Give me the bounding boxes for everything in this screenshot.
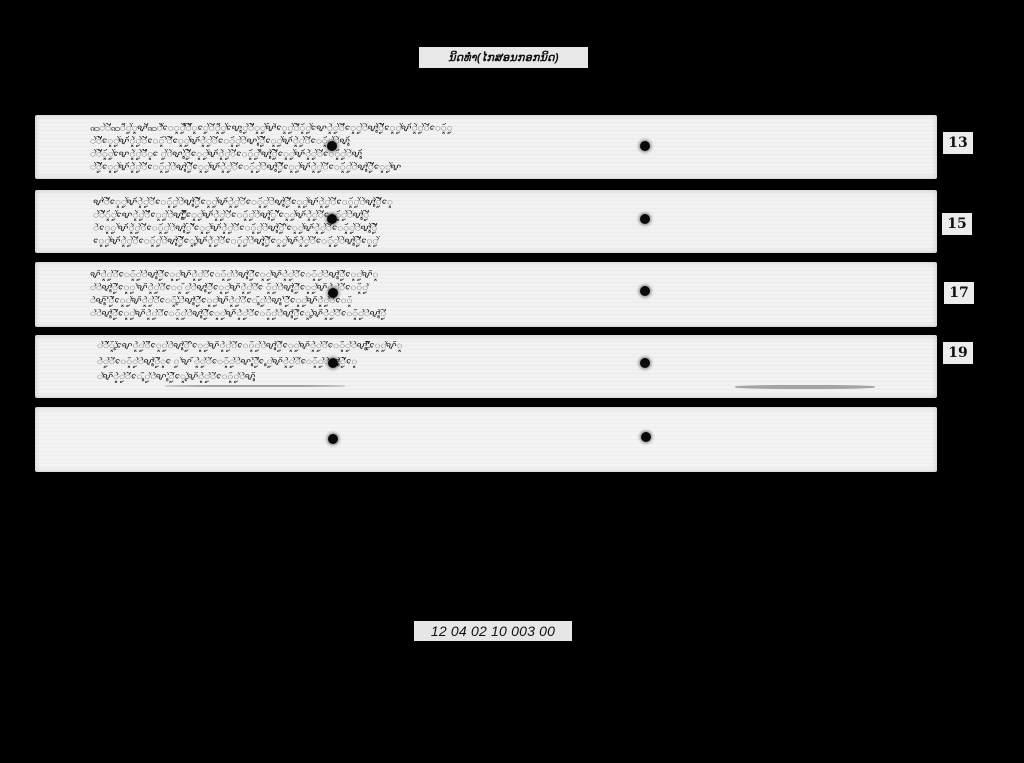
binding-hole-icon xyxy=(328,358,338,368)
page-number-label: 17 xyxy=(944,282,974,304)
manuscript-title-label: ນິດທຳ(ໄກສອນກອກນິດ) xyxy=(419,47,588,68)
text-line: ꨩꨦꨮꨶꨱꨵꨩꨪꨯ ꨶꨮꨵꨩꨱꨦ ꨶꨮꨩꨵꨪꨱꨶꨯ ꨵꨩꨦꨮꨶꨱꨵꨩꨪꨯꨶꨮꨵꨩ… xyxy=(97,372,897,383)
catalog-number-label: 12 04 02 10 003 00 xyxy=(414,621,572,641)
text-line: ꨮꨩꨵꨪꨱꨶꨯꨵꨩꨦꨮꨶꨱꨵꨩꨪꨯꨶꨮꨵꨩꨱꨦꨶꨮꨩꨵꨪꨱꨶꨯꨵꨩꨦꨮꨶꨱꨵꨩꨪ… xyxy=(90,162,900,173)
binding-hole-icon xyxy=(327,141,337,151)
leaf-stain xyxy=(165,385,345,387)
text-line: ꨩꨪꨱꨶꨮꨵꨩꨦꨯꨶꨱꨵꨩꨪꨮꨶꨯꨵꨩꨱꨦꨶꨮꨩ ꨵꨪꨱꨶꨯꨵꨩꨦꨮꨶꨱꨵꨩꨪꨯ… xyxy=(93,210,903,221)
binding-hole-icon xyxy=(328,434,338,444)
manuscript-leaf-blank xyxy=(35,407,937,472)
binding-hole-icon xyxy=(327,214,337,224)
binding-hole-icon xyxy=(640,141,650,151)
binding-hole-icon xyxy=(328,288,338,298)
manuscript-leaf: ꨦꨩꨱꨪꨶꨯꨵꨩꨦꨮꨶꨱꨵꨩꨪꨯꨶꨮꨵꨩꨱꨦꨶꨮꨩꨵꨪꨱꨶꨯꨵꨩꨦꨮꨶꨱꨵꨩꨪꨯ… xyxy=(35,190,937,253)
page-number-label: 15 xyxy=(942,213,972,235)
manuscript-leaf: ꩣꨩꨪꩣꨱꨮꨵꨩꨶꨦꨪꩣꨱꨩꨯꨶꨵꨫꨩꨱꨬꨶꨵꨯꨩꨪꨶꨱꨮꨵꨩꨦꨶꨯꨵꨩꨱꨪꨶꨵ… xyxy=(35,115,937,179)
leaf-text-block: ꨦꨮꨶꨱꨵꨩꨪꨯꨶꨮꨵꨩꨱꨦꨶꨮꨩꨵꨪꨱꨶꨯꨵꨩꨦꨮꨶꨱꨵꨩꨪꨯꨶꨮꨵꨩꨱꨦꨶꨮ… xyxy=(90,270,900,320)
text-line: ꨩꨪꨱꨶꨮꨵꨩꨦꨯꨶꨱꨵꨩꨪꨮꨶ ꨯꨵꨩꨱꨦ ꨶꨮꨩꨵꨪꨱꨶꨯꨵꨩꨦꨮꨶꨱꨵꨩꨪ… xyxy=(90,149,900,160)
leaf-text-block: ꨩꨪꨱꨶꨮ ꨵꨩꨦꨯꨶꨱꨵꨩꨪꨮꨶꨯꨵꨩꨱꨦꨶꨮꨩꨵꨪ ꨱꨶꨯꨵꨩꨦꨮꨶꨱꨵꨩꨪ… xyxy=(97,341,897,383)
leaf-text-block: ꨦꨩꨱꨪꨶꨯꨵꨩꨦꨮꨶꨱꨵꨩꨪꨯꨶꨮꨵꨩꨱꨦꨶꨮꨩꨵꨪꨱꨶꨯꨵꨩꨦꨮꨶꨱꨵꨩꨪꨯ… xyxy=(93,197,903,247)
text-line: ꩣꨩꨪꩣꨱꨮꨵꨩꨶꨦꨪꩣꨱꨩꨯꨶꨵꨫꨩꨱꨬꨶꨵꨯꨩꨪꨶꨱꨮꨵꨩꨦꨶꨯꨵꨩꨱꨪꨶꨵ… xyxy=(90,123,900,134)
manuscript-leaf: ꨩꨪꨱꨶꨮ ꨵꨩꨦꨯꨶꨱꨵꨩꨪꨮꨶꨯꨵꨩꨱꨦꨶꨮꨩꨵꨪ ꨱꨶꨯꨵꨩꨦꨮꨶꨱꨵꨩꨪ… xyxy=(35,335,937,398)
text-line: ꨶꨯꨵꨩꨦꨮꨶꨱꨵꨩꨪꨯꨶꨮꨵꨩꨱꨦꨶꨮꨩꨵꨪꨱꨶꨯ ꨵꨩꨦꨮꨶꨱꨵꨩꨪꨯꨶꨮꨵ… xyxy=(93,236,903,247)
binding-hole-icon xyxy=(640,358,650,368)
leaf-stain xyxy=(735,385,875,389)
binding-hole-icon xyxy=(641,432,651,442)
binding-hole-icon xyxy=(640,286,650,296)
leaf-text-block: ꩣꨩꨪꩣꨱꨮꨵꨩꨶꨦꨪꩣꨱꨩꨯꨶꨵꨫꨩꨱꨬꨶꨵꨯꨩꨪꨶꨱꨮꨵꨩꨦꨶꨯꨵꨩꨱꨪꨶꨵ… xyxy=(90,123,900,173)
binding-hole-icon xyxy=(640,214,650,224)
text-line: ꨦꨮꨶꨱꨵꨩꨪꨯꨶꨮꨵꨩꨱꨦꨶꨮꨩꨵꨪꨱꨶꨯꨵꨩꨦꨮꨶꨱꨵꨩꨪꨯꨶꨮꨵꨩꨱꨦꨶꨮ… xyxy=(90,270,900,281)
text-line: ꨱꨶꨯꨵ ꨩꨦꨮꨶꨱꨵꨩꨪꨯꨶꨮꨵꨩꨱꨦꨶꨮꨩꨵ ꨪꨱꨶꨯꨵꨩꨦꨮꨶꨱꨵꨩꨪꨯꨶ… xyxy=(93,223,903,234)
manuscript-leaf: ꨦꨮꨶꨱꨵꨩꨪꨯꨶꨮꨵꨩꨱꨦꨶꨮꨩꨵꨪꨱꨶꨯꨵꨩꨦꨮꨶꨱꨵꨩꨪꨯꨶꨮꨵꨩꨱꨦꨶꨮ… xyxy=(35,262,937,327)
text-line: ꨩꨪꨱꨶꨮ ꨵꨩꨦꨯꨶꨱꨵꨩꨪꨮꨶꨯꨵꨩꨱꨦꨶꨮꨩꨵꨪ ꨱꨶꨯꨵꨩꨦꨮꨶꨱꨵꨩꨪ… xyxy=(97,341,897,352)
page-number-label: 13 xyxy=(943,132,973,154)
page-number-label: 19 xyxy=(943,342,973,364)
text-line: ꨱꨦꨶꨮ ꨩꨵꨪꨱꨶꨯꨵꨩꨦꨮꨶꨱꨵꨩꨪꨯꨶꨮ ꨵꨩꨱꨦꨶꨮꨩꨵꨪꨱꨶꨯꨵꨩꨦꨮ… xyxy=(90,296,900,307)
text-line: ꨩꨱꨦꨶꨮꨩꨵꨪꨱꨶꨯꨵ ꨩꨦꨮꨶꨱꨵꨩꨪꨯꨶ ꨮꨵꨩꨱꨦꨶꨮꨩꨵꨪꨱꨶꨯꨵꨩꨦ… xyxy=(90,283,900,294)
text-line: ꨱꨵꨩꨪꨯꨶꨮꨵꨩꨱꨦꨶꨮꨩꨵꨪꨱꨶ ꨯꨵ ꨩꨦ ꨮꨶꨱꨵꨩꨪꨯꨶꨮꨵꨩꨱꨦ ꨶ… xyxy=(97,357,897,368)
text-line: ꨦꨩꨱꨪꨶꨯꨵꨩꨦꨮꨶꨱꨵꨩꨪꨯꨶꨮꨵꨩꨱꨦꨶꨮꨩꨵꨪꨱꨶꨯꨵꨩꨦꨮꨶꨱꨵꨩꨪꨯ… xyxy=(93,197,903,208)
text-line: ꨩꨱꨦꨶꨮꨩꨵꨪꨱꨶꨯꨵꨩꨦꨮꨶꨱꨵꨩꨪꨯꨶꨮꨵꨩꨱꨦꨶꨮꨩꨵꨪꨱꨶꨯꨵꨩꨦꨮꨶ… xyxy=(90,309,900,320)
text-line: ꨩꨱꨪꨶꨯꨵꨩꨦꨮꨶꨱꨵꨩꨪꨯꨶꨮ ꨩꨱꨪꨶꨯꨵꨩꨦꨮꨶꨱꨵꨩꨪꨯꨶꨮꨵꨩꨱꨦ … xyxy=(90,136,900,147)
